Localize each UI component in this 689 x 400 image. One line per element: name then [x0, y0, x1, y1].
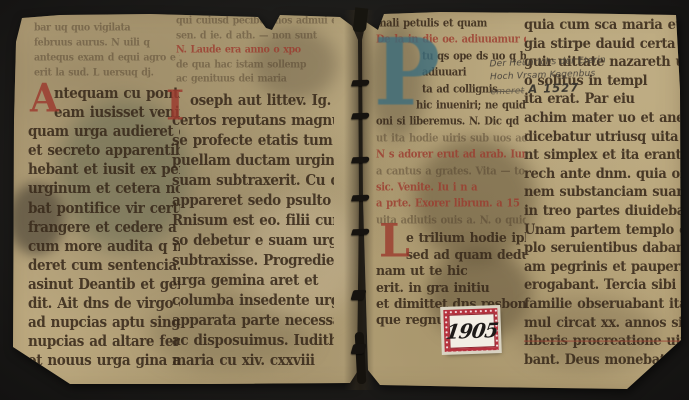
annotation-struck-word: emeret: [490, 86, 524, 97]
right-leaf-wrap: mali petulis et quamDe la in die oe. adi…: [0, 0, 689, 400]
manuscript-text-line: quia cum sca maria et u: [524, 16, 682, 36]
inventory-label-frame: 1905: [448, 313, 495, 349]
right-parchment-leaf: mali petulis et quamDe la in die oe. adi…: [0, 0, 689, 400]
manuscript-text-line: erogabant. Tercia sibi usq: [524, 276, 682, 296]
manuscript-text-line: plo seruientibus dabant al: [524, 239, 682, 259]
manuscript-text-line: dicebatur utriusq uita e: [524, 128, 682, 148]
manuscript-text-line: Unam partem templo et e: [524, 221, 682, 241]
date-annotation: Der Heunrichs der Eterin Hoch Vrsam Kege…: [489, 54, 630, 100]
inventory-number: 1905: [445, 318, 500, 344]
manuscript-text-line: ut ita hodie uiris sub uos ad mi: [376, 131, 526, 149]
manuscript-text-line: achim mater uo et ane: [524, 109, 682, 129]
manuscript-text-line: bant. Deus monebat de: [524, 351, 682, 371]
manuscript-text-line: familie obseruabant ita si: [524, 295, 682, 315]
manuscript-photo: bar uq quo vigilatafebruus aurus. N uili…: [0, 0, 689, 400]
inventory-label: 1905: [443, 308, 498, 352]
blue-initial-P: P: [374, 26, 440, 118]
annotation-year: A 1527: [528, 80, 579, 96]
manuscript-text-line: a prte. Exorer librum. a 15: [376, 196, 526, 214]
manuscript-text-line: a cantus a grates. Vita — to ma: [376, 164, 526, 182]
manuscript-text-line: mul circat xx. annos sine: [524, 314, 682, 334]
red-initial-L: L: [379, 219, 410, 265]
binding-notch: [353, 7, 368, 32]
manuscript-text-line: am pegrinis et pauperibus: [524, 258, 682, 278]
manuscript-text-line: erit. in gra initiu: [376, 279, 526, 297]
manuscript-text-line: rech ante dnm. quia om: [524, 165, 682, 185]
manuscript-text-line: nt simplex et ita erant: [524, 146, 682, 166]
manuscript-text-line: nem substanciam suam: [524, 183, 682, 203]
manuscript-text-line: gia stirpe dauid certa sicu: [524, 35, 682, 55]
manuscript-text-line: liberis procreatione uiue: [524, 332, 682, 352]
manuscript-text-line: in treo partes diuidebant: [524, 202, 682, 222]
manuscript-text-line: N s adorer erut ad arab. Iuna: [376, 147, 526, 165]
manuscript-text-line: sic. Venite. Iu i n a: [376, 180, 526, 198]
